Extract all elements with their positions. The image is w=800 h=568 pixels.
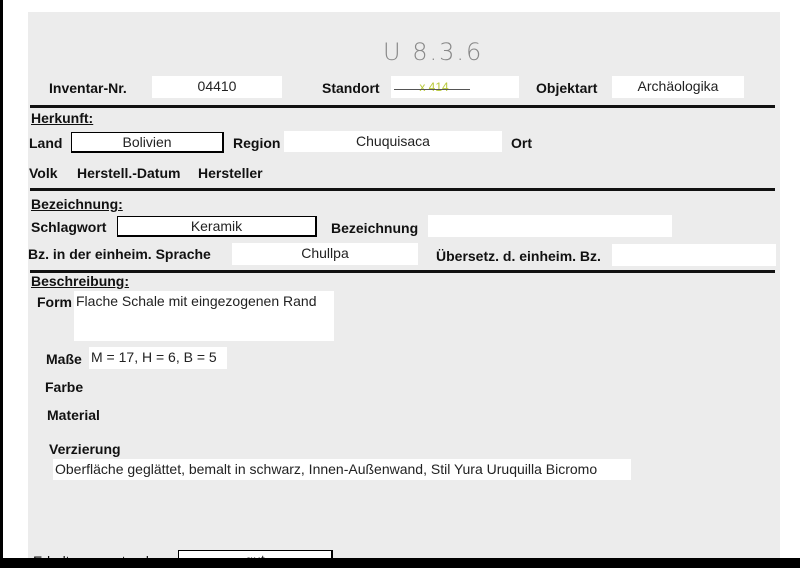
objektart-field[interactable]: Archäologika: [612, 76, 744, 98]
region-field[interactable]: Chuquisaca: [284, 131, 502, 152]
verzierung-label: Verzierung: [49, 441, 121, 457]
schlagwort-label: Schlagwort: [31, 219, 106, 235]
material-label: Material: [47, 407, 100, 423]
objektart-label: Objektart: [536, 80, 597, 96]
schlagwort-field[interactable]: Keramik: [117, 216, 317, 237]
section-beschreibung: Beschreibung:: [31, 273, 129, 289]
divider: [30, 105, 775, 108]
masse-label: Maße: [46, 351, 82, 367]
standort-struck-value: x 414: [398, 80, 470, 94]
uebersetz-label: Übersetz. d. einheim. Bz.: [436, 248, 601, 264]
section-herkunft: Herkunft:: [31, 110, 93, 126]
inventar-field[interactable]: 04410: [152, 76, 282, 98]
form-label: Form: [37, 294, 72, 310]
volk-label: Volk: [29, 165, 58, 181]
handwritten-note: U 8.3.6: [383, 38, 483, 66]
section-bezeichnung: Bezeichnung:: [31, 196, 123, 212]
hersteller-label: Hersteller: [198, 165, 263, 181]
einheim-sprache-label: Bz. in der einheim. Sprache: [28, 246, 211, 262]
scan-left-border: [0, 0, 3, 568]
scan-bottom-border: [0, 558, 800, 568]
herstell-datum-label: Herstell.-Datum: [77, 165, 180, 181]
inventar-label: Inventar-Nr.: [49, 80, 127, 96]
masse-field[interactable]: M = 17, H = 6, B = 5: [89, 347, 227, 369]
bezeichnung-field[interactable]: [428, 215, 672, 237]
ort-label: Ort: [511, 135, 532, 151]
divider: [30, 188, 775, 191]
divider: [30, 270, 775, 273]
region-label: Region: [233, 135, 280, 151]
verzierung-field[interactable]: Oberfläche geglättet, bemalt in schwarz,…: [53, 459, 631, 480]
uebersetz-field[interactable]: [612, 244, 776, 266]
form-field[interactable]: Flache Schale mit eingezogenen Rand: [74, 291, 334, 341]
standort-label: Standort: [322, 80, 380, 96]
land-label: Land: [29, 135, 62, 151]
bezeichnung-label: Bezeichnung: [331, 220, 418, 236]
farbe-label: Farbe: [45, 379, 83, 395]
einheim-sprache-field[interactable]: Chullpa: [232, 243, 418, 265]
land-field[interactable]: Bolivien: [71, 132, 224, 153]
